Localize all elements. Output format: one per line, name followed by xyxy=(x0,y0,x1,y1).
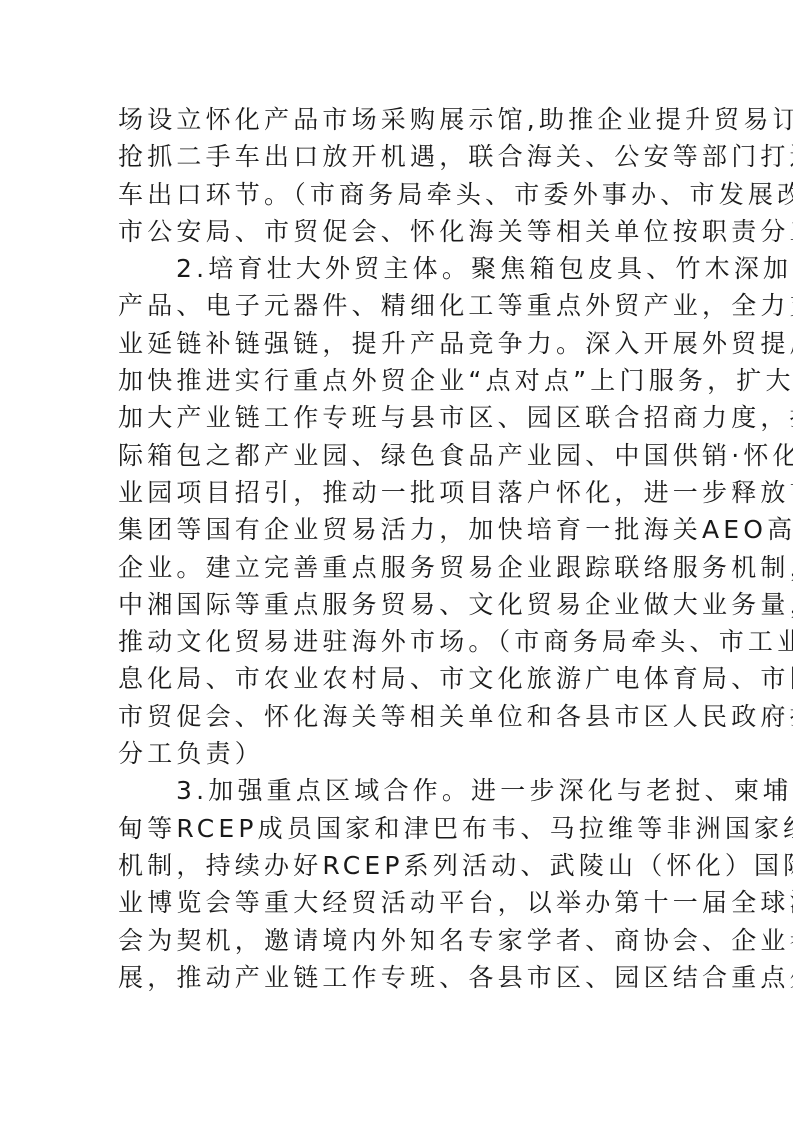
text-line: 会为契机，邀请境内外知名专家学者、商协会、企业参会参 xyxy=(118,922,718,959)
text-line: 加快推进实行重点外贸企业“点对点”上门服务，扩大进出口。 xyxy=(118,362,718,399)
text-line: 机制，持续办好RCEP系列活动、武陵山（怀化）国际健康产 xyxy=(118,847,718,884)
paragraph-item-3: 3.加强重点区域合作。进一步深化与老挝、柬埔寨、缅 甸等RCEP成员国家和津巴布… xyxy=(118,772,718,996)
text-line: 市公安局、市贸促会、怀化海关等相关单位按职责分工负责） xyxy=(118,213,718,250)
paragraph-item-2: 2.培育壮大外贸主体。聚焦箱包皮具、竹木深加工、农 产品、电子元器件、精细化工等… xyxy=(118,250,718,772)
text-line: 分工负责） xyxy=(118,735,718,772)
text-line: 甸等RCEP成员国家和津巴布韦、马拉维等非洲国家经贸合作 xyxy=(118,810,718,847)
text-line: 产品、电子元器件、精细化工等重点外贸产业，全力支持企 xyxy=(118,287,718,324)
text-line: 抢抓二手车出口放开机遇，联合海关、公安等部门打通二手 xyxy=(118,138,718,175)
document-page: 场设立怀化产品市场采购展示馆,助推企业提升贸易订单量。 抢抓二手车出口放开机遇，… xyxy=(0,0,793,1122)
text-line: 际箱包之都产业园、绿色食品产业园、中国供销·怀化三农产 xyxy=(118,437,718,474)
paragraph-continuation: 场设立怀化产品市场采购展示馆,助推企业提升贸易订单量。 抢抓二手车出口放开机遇，… xyxy=(118,101,718,250)
text-line: 推动文化贸易进驻海外市场。（市商务局牵头、市工业和信 xyxy=(118,623,718,660)
text-line: 企业。建立完善重点服务贸易企业跟踪联络服务机制，支持 xyxy=(118,549,718,586)
text-line: 集团等国有企业贸易活力，加快培育一批海关AEO高级认证 xyxy=(118,511,718,548)
text-line: 业园项目招引，推动一批项目落户怀化，进一步释放市农林 xyxy=(118,474,718,511)
text-line: 展，推动产业链工作专班、各县市区、园区结合重点外贸产 xyxy=(118,959,718,996)
text-line: 息化局、市农业农村局、市文化旅游广电体育局、市国资委、 xyxy=(118,660,718,697)
paragraph-first-line: 2.培育壮大外贸主体。聚焦箱包皮具、竹木深加工、农 xyxy=(118,250,718,287)
text-line: 市贸促会、怀化海关等相关单位和各县市区人民政府按职责 xyxy=(118,698,718,735)
text-line: 加大产业链工作专班与县市区、园区联合招商力度，抓好国 xyxy=(118,399,718,436)
text-line: 车出口环节。（市商务局牵头、市委外事办、市发展改革委、 xyxy=(118,176,718,213)
document-body: 场设立怀化产品市场采购展示馆,助推企业提升贸易订单量。 抢抓二手车出口放开机遇，… xyxy=(118,101,718,996)
text-line: 中湘国际等重点服务贸易、文化贸易企业做大业务量，加快 xyxy=(118,586,718,623)
text-line: 业博览会等重大经贸活动平台，以举办第十一届全球湘商大 xyxy=(118,884,718,921)
text-line: 业延链补链强链，提升产品竞争力。深入开展外贸提质行动， xyxy=(118,325,718,362)
text-line: 场设立怀化产品市场采购展示馆,助推企业提升贸易订单量。 xyxy=(118,101,718,138)
paragraph-first-line: 3.加强重点区域合作。进一步深化与老挝、柬埔寨、缅 xyxy=(118,772,718,809)
